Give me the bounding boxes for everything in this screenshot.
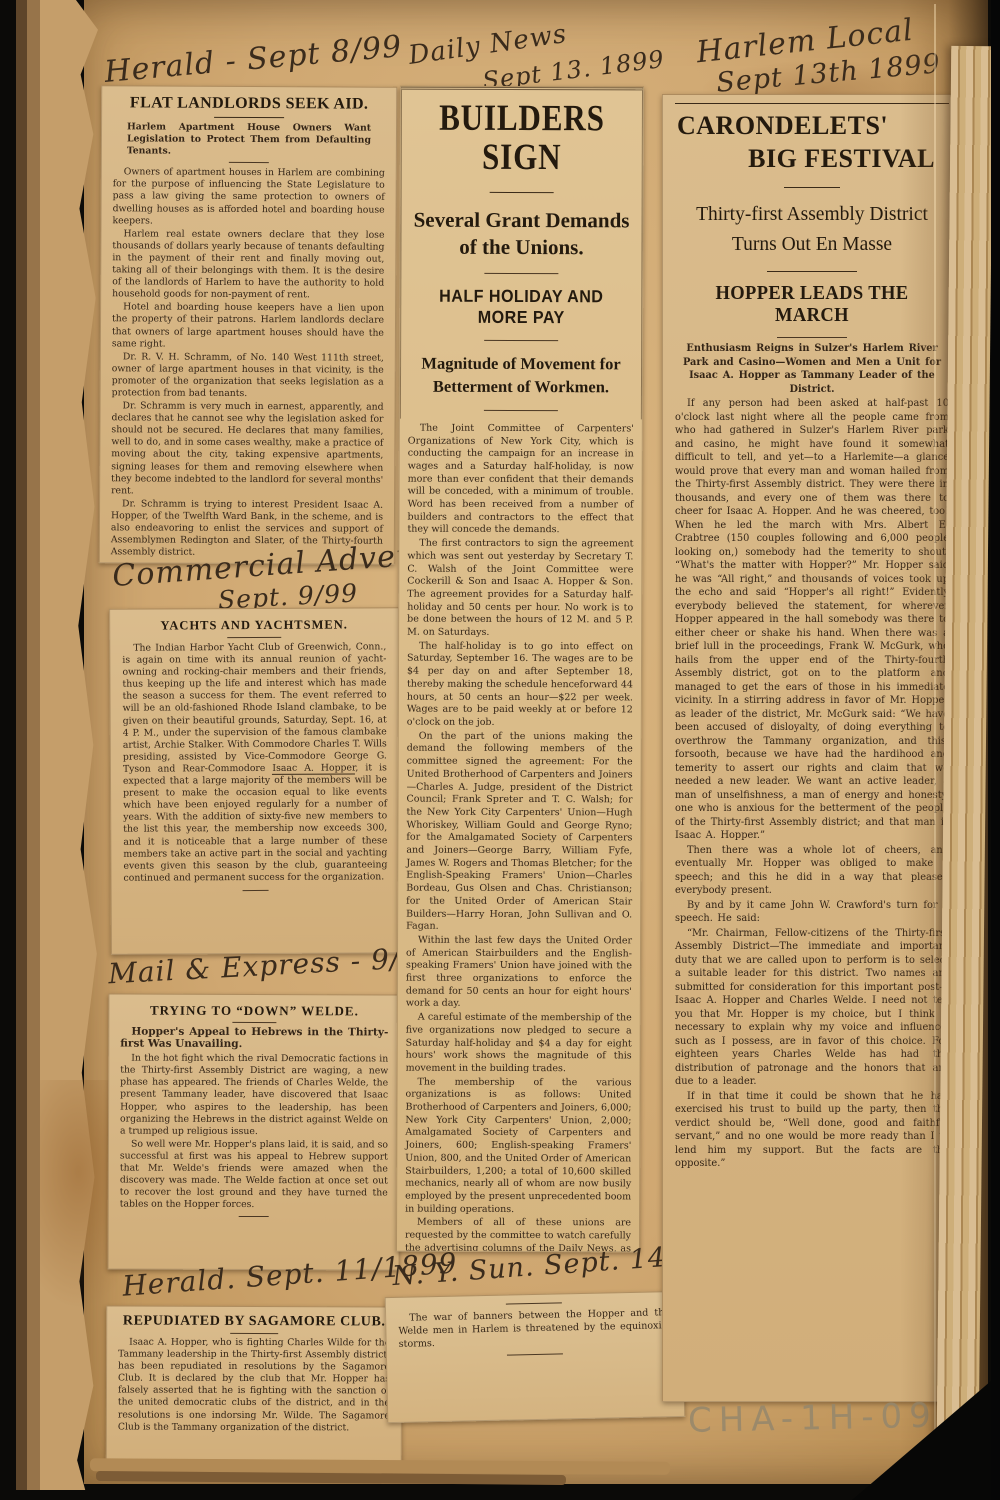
divider	[777, 337, 847, 338]
article-paragraph: Isaac A. Hopper, who is fighting Charles…	[118, 1337, 390, 1435]
deck-headline: Several Grant Demands of the Unions.	[405, 206, 637, 261]
headline: REPUDIATED BY SAGAMORE CLUB.	[118, 1314, 390, 1331]
photo-black-edge	[991, 0, 1000, 1500]
article-paragraph: The Joint Committee of Carpenters' Organ…	[407, 422, 633, 537]
divider	[767, 271, 857, 272]
divider	[214, 117, 284, 118]
divider	[507, 1353, 563, 1355]
article-paragraph: On the part of the unions making the dem…	[406, 730, 633, 934]
article-paragraph: Within the last few days the United Orde…	[406, 935, 632, 1012]
body-text: The Indian Harbor Yacht Club of Greenwic…	[122, 641, 387, 774]
deck-headline: Magnitude of Movement for Betterment of …	[405, 353, 637, 398]
article-paragraph: The first contractors to sign the agreem…	[407, 538, 633, 640]
article-body: The Joint Committee of Carpenters' Organ…	[397, 418, 642, 1252]
divider	[239, 1216, 269, 1217]
deck-headline: HALF HOLIDAY AND MORE PAY	[414, 286, 628, 329]
clipping-flat-landlords: FLAT LANDLORDS SEEK AID. Harlem Apartmen…	[99, 85, 397, 565]
page-crease	[934, 4, 936, 1474]
divider	[232, 1022, 276, 1023]
article-paragraph: Hotel and boarding house keepers have a …	[112, 302, 384, 352]
divider	[229, 162, 269, 163]
article-paragraph: The membership of the various organizati…	[405, 1076, 631, 1217]
clipping-sun-note: The war of banners between the Hopper an…	[385, 1291, 686, 1423]
body-text: , it is expected that a large majority o…	[123, 762, 387, 883]
clipping-welde: TRYING TO “DOWN” WELDE. Hopper's Appeal …	[108, 993, 401, 1270]
article-paragraph: Dr. R. V. H. Schramm, of No. 140 West 11…	[112, 351, 384, 401]
divider	[484, 410, 558, 411]
article-paragraph: Owners of apartment houses in Harlem are…	[113, 167, 385, 229]
headline-block: BUILDERS SIGN Several Grant Demands of t…	[400, 87, 643, 420]
headline: BUILDERS SIGN	[424, 100, 619, 178]
divider	[484, 273, 558, 274]
divider	[230, 1333, 278, 1334]
article-paragraph: So well were Mr. Hopper's plans laid, it…	[120, 1138, 388, 1211]
clipping-yachts: YACHTS AND YACHTSMEN. The Indian Harbor …	[109, 607, 401, 955]
clipping-sagamore: REPUDIATED BY SAGAMORE CLUB. Isaac A. Ho…	[106, 1305, 403, 1466]
article-paragraph: Harlem real estate owners declare that t…	[112, 228, 384, 302]
clipping-builders-sign: BUILDERS SIGN Several Grant Demands of t…	[396, 86, 644, 1253]
scrapbook-photo: Herald - Sept 8/99 FLAT LANDLORDS SEEK A…	[0, 0, 1000, 1500]
headline: FLAT LANDLORDS SEEK AID.	[113, 94, 385, 113]
article-paragraph: The half-holiday is to go into effect on…	[407, 640, 633, 730]
divider	[506, 1302, 562, 1304]
divider	[490, 192, 554, 193]
headline: TRYING TO “DOWN” WELDE.	[120, 1003, 388, 1020]
article-paragraph: Dr. Schramm is very much in earnest, app…	[111, 400, 384, 498]
divider	[227, 637, 281, 638]
subheadline: Hopper's Appeal to Hebrews in the Thirty…	[120, 1026, 388, 1051]
article-paragraph: The Indian Harbor Yacht Club of Greenwic…	[122, 641, 387, 884]
divider	[243, 890, 269, 891]
divider	[484, 340, 558, 341]
article-paragraph: The war of banners between the Hopper an…	[398, 1306, 671, 1351]
article-paragraph: A careful estimate of the membership of …	[406, 1012, 632, 1076]
headline: YACHTS AND YACHTSMEN.	[122, 617, 386, 633]
underlined-name: Isaac A. Hopper	[272, 762, 355, 774]
subheadline: Harlem Apartment House Owners Want Legis…	[113, 121, 385, 159]
article-paragraph: In the hot fight which the rival Democra…	[120, 1053, 388, 1139]
divider	[784, 187, 840, 188]
